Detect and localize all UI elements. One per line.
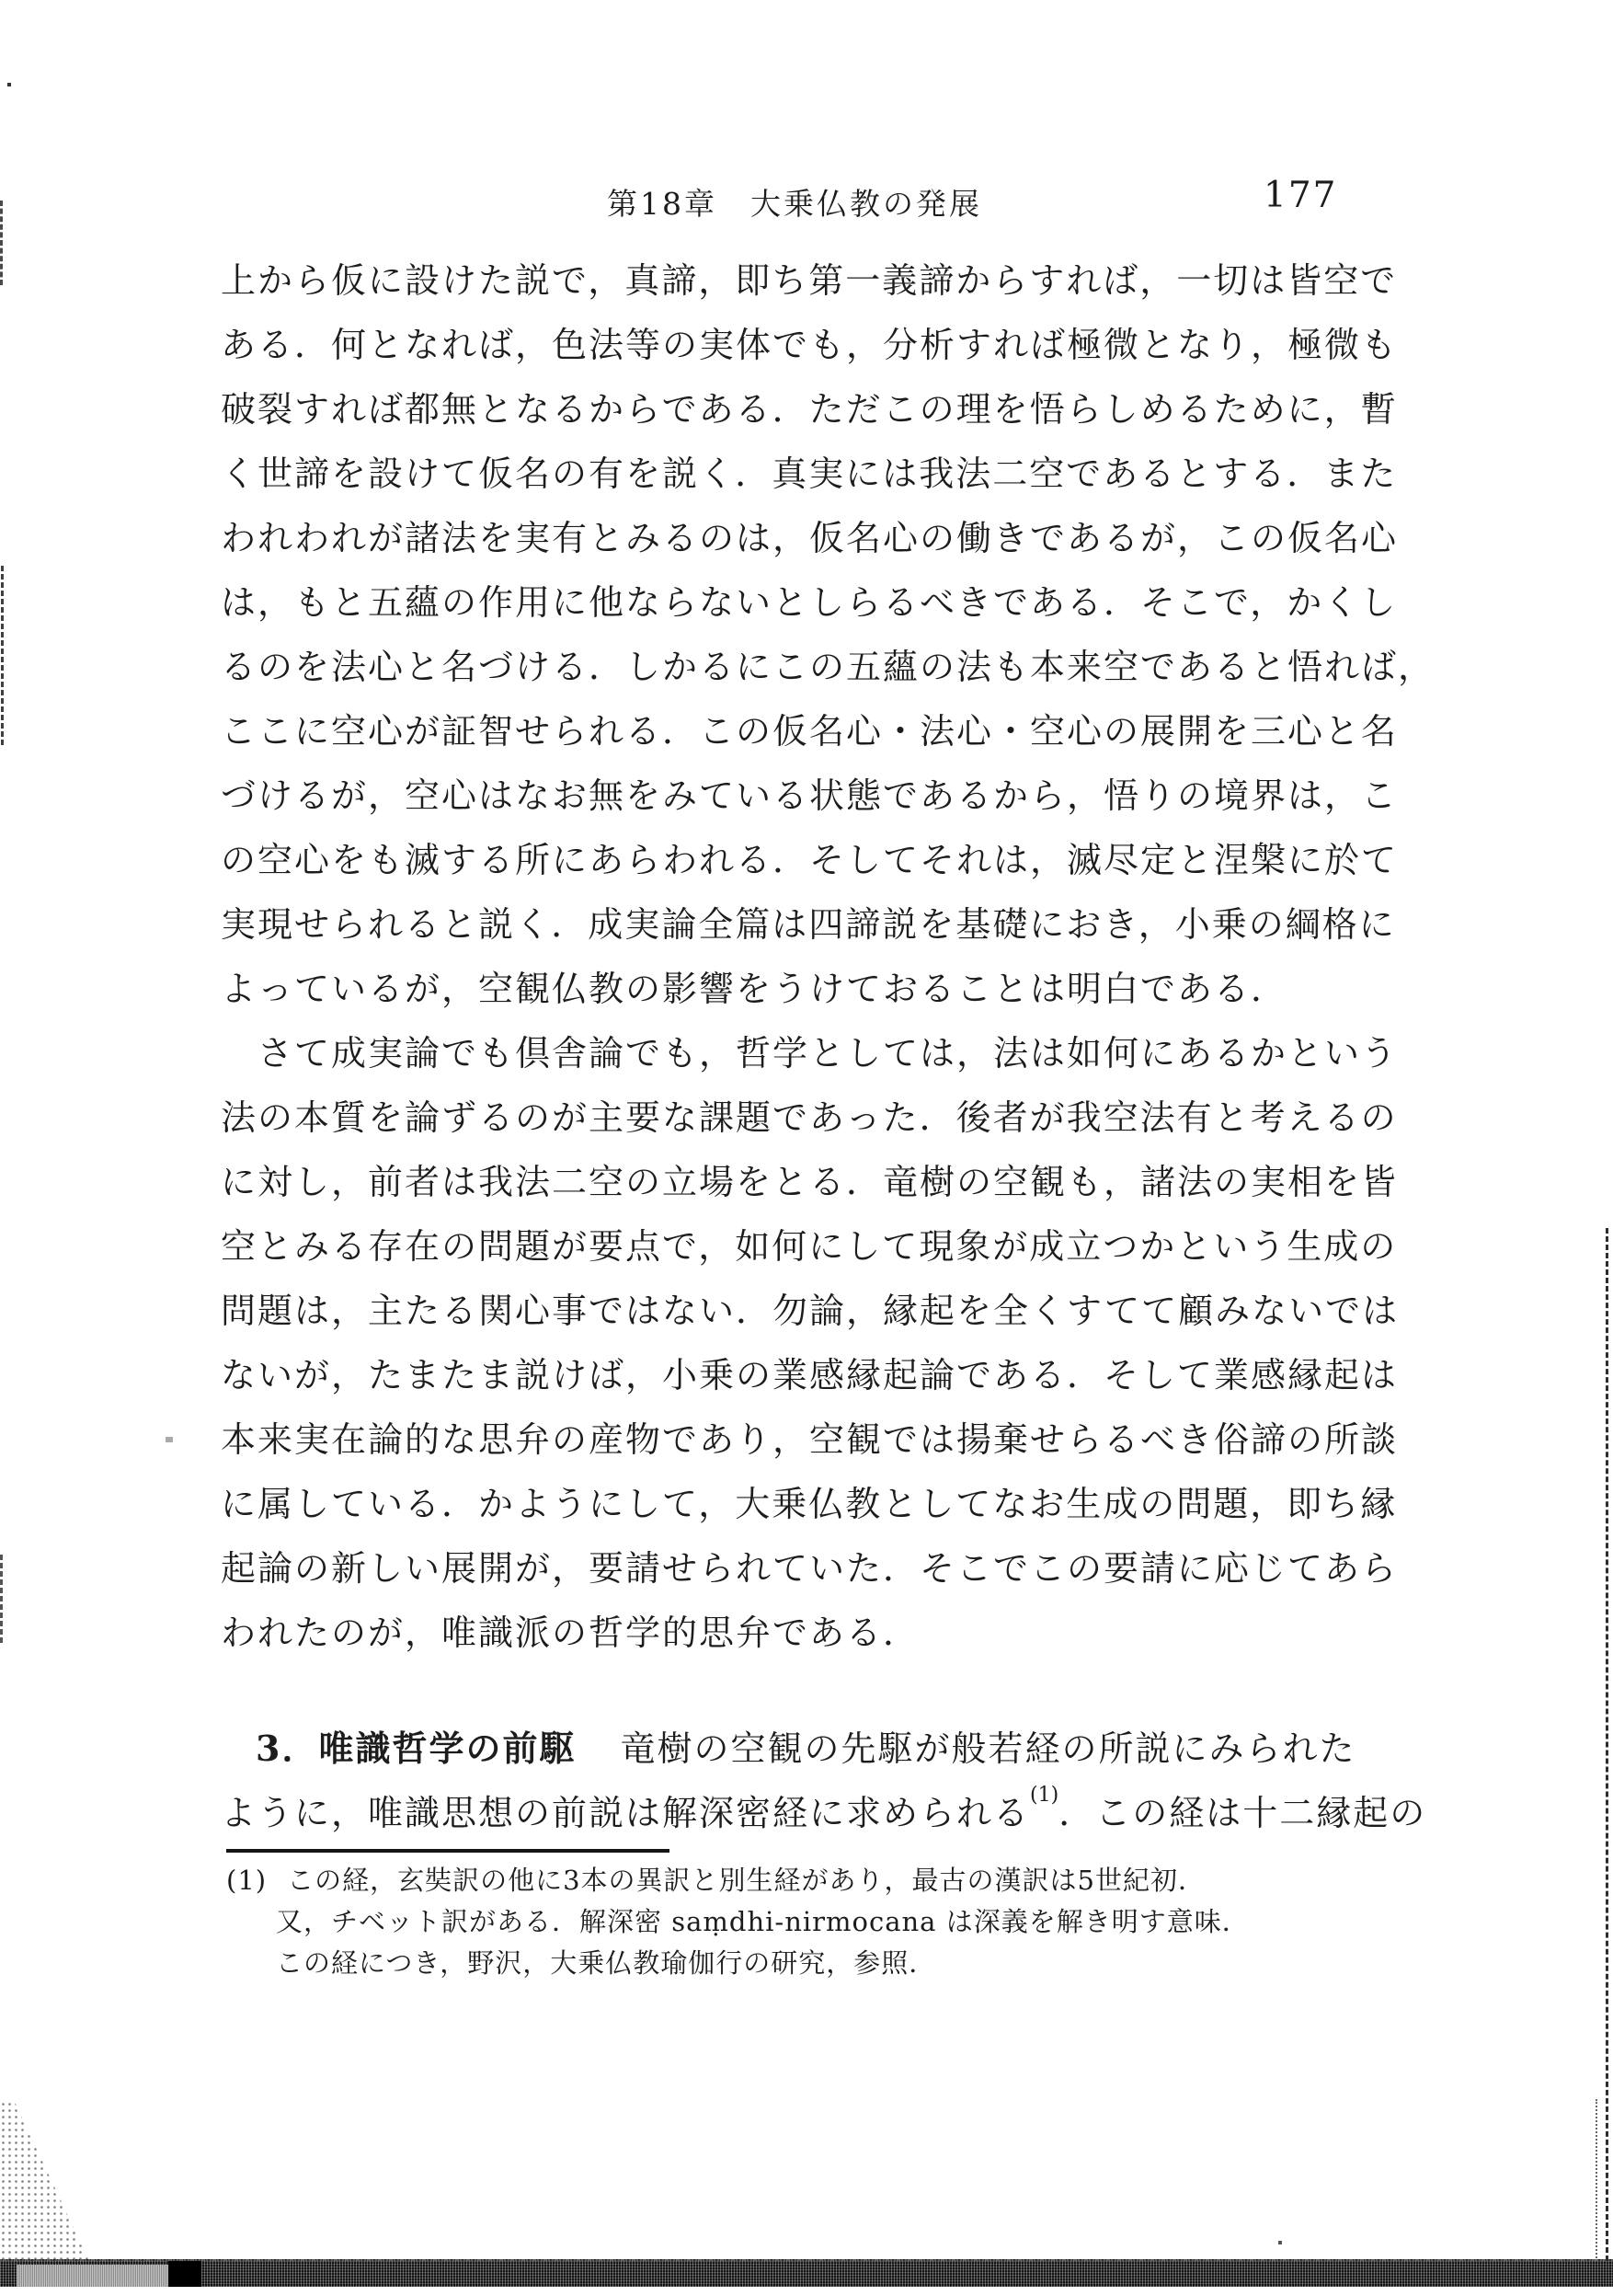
section-line2-pre: ように，唯識思想の前説は解深密経に求められる — [221, 1793, 1030, 1833]
scan-artifact-right-edge-line-short — [1596, 2099, 1597, 2261]
text-line: く世諦を設けて仮名の有を説く．真実には我法二空であるとする．また — [221, 442, 1409, 506]
text-line: ないが，たまたま説けば，小乗の業感縁起論である．そして業感縁起は — [221, 1343, 1409, 1407]
scan-artifact-corner-noise — [0, 2101, 88, 2259]
section-line2-post: ．この経は十二縁起の — [1058, 1793, 1426, 1833]
text-line: われたのが，唯識派の哲学的思弁である． — [221, 1601, 1409, 1665]
text-line: に対し，前者は我法二空の立場をとる．竜樹の空観も，諸法の実相を皆 — [221, 1150, 1409, 1214]
text-line-paragraph-start: さて成実論でも倶舎論でも，哲学としては，法は如何にあるかという — [221, 1021, 1409, 1085]
text-line: 破裂すれば都無となるからである．ただこの理を悟らしめるために，暫 — [221, 377, 1409, 442]
scan-artifact-speck — [166, 1437, 173, 1442]
footnote-line: 又，チベット訳がある．解深密 saṃdhi-nirmocana は深義を解き明す… — [226, 1901, 1403, 1943]
footnote-marker: (1) — [226, 1865, 267, 1896]
text-line: 実現せられると説く．成実論全篇は四諦説を基礎におき，小乗の綱格に — [221, 892, 1409, 957]
footnote-line: (1)この経，玄奘訳の他に3本の異訳と別生経があり，最古の漢訳は5世紀初． — [226, 1860, 1403, 1901]
footnote-text: この経，玄奘訳の他に3本の異訳と別生経があり，最古の漢訳は5世紀初． — [287, 1865, 1206, 1896]
text-line: われわれが諸法を実有とみるのは，仮名心の働きであるが，この仮名心 — [221, 506, 1409, 570]
footnote-block: (1)この経，玄奘訳の他に3本の異訳と別生経があり，最古の漢訳は5世紀初． 又，… — [226, 1860, 1403, 1984]
scan-artifact-band-light-segment — [17, 2265, 168, 2287]
body-text: 上から仮に設けた説で，真諦，即ち第一義諦からすれば，一切は皆空で ある．何となれ… — [221, 248, 1409, 1665]
page-number: 177 — [1264, 175, 1337, 216]
scan-artifact-speck — [1278, 2241, 1282, 2244]
scan-artifact-right-edge-line — [1606, 1228, 1608, 2261]
scan-artifact-left-edge-dashes — [0, 1555, 3, 1643]
text-line: 空とみる存在の問題が要点で，如何にして現象が成立つかという生成の — [221, 1214, 1409, 1279]
text-line: るのを法心と名づける．しかるにこの五蘊の法も本来空であると悟れば， — [221, 635, 1409, 699]
scan-artifact-speck — [7, 83, 11, 86]
footnote-separator-rule — [226, 1849, 669, 1853]
running-head-chapter: 第18章 大乗仏教の発展 — [607, 180, 982, 224]
text-line: 上から仮に設けた説で，真諦，即ち第一義諦からすれば，一切は皆空で — [221, 248, 1409, 313]
text-line: 本来実在論的な思弁の産物であり，空観では揚棄せらるべき俗諦の所談 — [221, 1407, 1409, 1472]
section-number: 3． — [256, 1728, 318, 1769]
text-line: よっているが，空観仏教の影響をうけておることは明白である． — [221, 957, 1409, 1021]
scanned-book-page: 第18章 大乗仏教の発展 177 上から仮に設けた説で，真諦，即ち第一義諦からす… — [0, 0, 1613, 2296]
section-lead-text: 竜樹の空観の先駆が般若経の所説にみられた — [620, 1728, 1356, 1769]
text-line: 問題は，主たる関心事ではない．勿論，縁起を全くすてて顧みないでは — [221, 1279, 1409, 1343]
scan-artifact-bottom-band — [0, 2259, 1613, 2287]
text-line: の空心をも滅する所にあらわれる．そしてそれは，滅尽定と涅槃に於て — [221, 828, 1409, 892]
section-block: 3．唯識哲学の前駆竜樹の空観の先駆が般若経の所説にみられた ように，唯識思想の前… — [221, 1716, 1409, 1845]
text-line: 法の本質を論ずるのが主要な課題であった．後者が我空法有と考えるの — [221, 1085, 1409, 1150]
footnote-line: この経につき，野沢，大乗仏教瑜伽行の研究，参照． — [226, 1943, 1403, 1984]
text-line: に属している．かようにして，大乗仏教としてなお生成の問題，即ち縁 — [221, 1472, 1409, 1536]
section-title: 唯識哲学の前駆 — [318, 1728, 576, 1769]
text-line: 起論の新しい展開が，要請せられていた．そこでこの要請に応じてあら — [221, 1536, 1409, 1601]
scan-artifact-band-black-segment — [168, 2261, 201, 2287]
text-line: は，もと五蘊の作用に他ならないとしらるべきである．そこで，かくし — [221, 570, 1409, 635]
text-line: ここに空心が証智せられる．この仮名心・法心・空心の展開を三心と名 — [221, 699, 1409, 763]
scan-artifact-left-edge-dashes — [1, 566, 4, 745]
section-heading-line: 3．唯識哲学の前駆竜樹の空観の先駆が般若経の所説にみられた — [221, 1716, 1409, 1781]
section-text-line: ように，唯識思想の前説は解深密経に求められる(1)．この経は十二縁起の — [221, 1781, 1409, 1845]
text-line: ある．何となれば，色法等の実体でも，分析すれば極微となり，極微も — [221, 313, 1409, 377]
scan-artifact-left-edge-dashes — [0, 201, 3, 285]
text-line: づけるが，空心はなお無をみている状態であるから，悟りの境界は，こ — [221, 763, 1409, 828]
